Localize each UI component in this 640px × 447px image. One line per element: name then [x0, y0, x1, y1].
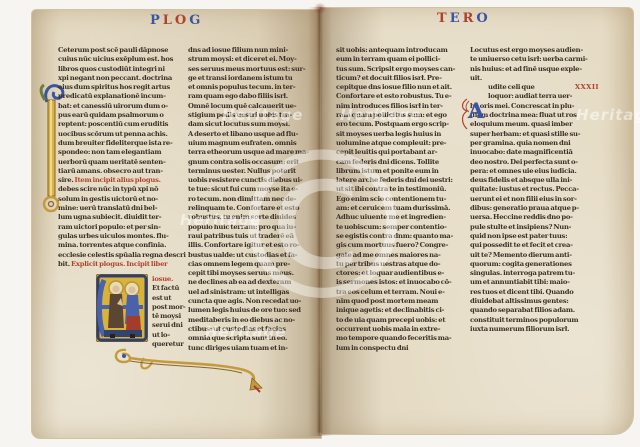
text-line: uit.: [470, 74, 600, 83]
text-column-left-1: Ceterum post scē pauli dāpnosecuius nūc …: [58, 46, 186, 269]
text-line: Ceterum post scē pauli dāpnose: [58, 46, 186, 55]
text-line: te uobiscum: semper contentio-: [336, 223, 464, 232]
running-title-right: TERO: [437, 11, 491, 26]
text-line: sit uobis: antequam introducam: [336, 46, 464, 55]
text-line: illis. Confortare igitur et esto ro-: [188, 241, 316, 250]
text-line: um et annuntiabit tibi: maio-: [470, 278, 600, 287]
text-line: mine: uerū translatū dni bel-: [58, 204, 186, 213]
text-line: uium magnum eufraten. omnis: [188, 139, 316, 148]
text-line: debes scire nūc in typū xpi nō: [58, 185, 186, 194]
text-line: mina. torrentes atque confinia.: [58, 241, 186, 250]
text-line: predicatū explanationē incum-: [58, 92, 186, 101]
text-line: uerunt ei et non filii eius in sor-: [470, 195, 600, 204]
text-line: cuncta que agis. Non recedat uo-: [188, 297, 316, 306]
text-line: cepitque dns iosue filio nun et ait.: [336, 83, 464, 92]
running-title-letter: T: [437, 11, 450, 26]
text-line: nis huius: et ad finē usque exple-: [470, 65, 600, 74]
text-line: gis cum mortuus fuero? Congre-: [336, 241, 464, 250]
text-line: dam sicut locutus sum moysi.: [188, 120, 316, 129]
text-line: stigium pedis uestri uobis tra-: [188, 111, 316, 120]
text-line: te tue: sicut fui cum moyse ita e-: [188, 185, 316, 194]
text-line: queretur: [152, 340, 188, 349]
text-column-right-2: Locutus est ergo moyses audien-te uniuer…: [470, 46, 600, 334]
text-line: lumen legis huius de ore tuo: sed: [188, 306, 316, 315]
text-column-left-1-beside-initial: iosue.Et factūest utpost mor-tē moysiser…: [152, 275, 188, 349]
text-line: am: et ceruicem tuam durissimā.: [336, 204, 464, 213]
text-line: constituit terminos populorum: [470, 316, 600, 325]
text-line: post mor-: [152, 303, 188, 312]
text-line: serui dni: [152, 321, 188, 330]
text-line: libros quos custodiūt integri ni: [58, 65, 186, 74]
text-line: librum istum et ponite eum in: [336, 167, 464, 176]
text-line: xpi negant non peccant. doctrina: [58, 74, 186, 83]
text-line: bat: et canessiū uirorum dum o-: [58, 102, 186, 111]
text-line: uerborū quam ueritatē senten-: [58, 158, 186, 167]
text-column-left-2: dns ad iosue filium nun mini-strum moysi…: [188, 46, 316, 353]
text-line: mo tempore quando feceritis ma-: [336, 334, 464, 343]
text-line: Adhuc uiuente me et ingredien-: [336, 213, 464, 222]
text-line: quando separabat filios adam.: [470, 306, 600, 315]
text-line: ba oris mei. Concrescat in plu-: [470, 102, 600, 111]
text-line: eloquium meum. quasi imber: [470, 120, 600, 129]
text-line: ctores: et loquar audientibus e-: [336, 269, 464, 278]
text-line: ne declines ab ea ad dexteram: [188, 278, 316, 287]
text-line: per gramina. quia nomen dni: [470, 139, 600, 148]
text-line: sit moyses uerba legis huius in: [336, 130, 464, 139]
text-line: omnia que scripta sunt in eo.: [188, 334, 316, 343]
text-line: uobis resistere cunctis diebus ui-: [188, 176, 316, 185]
running-title-letter: R: [463, 11, 477, 26]
text-line: ram quam ego dabo filiis isrł.: [188, 92, 316, 101]
text-column-right-1: sit uobis: antequam introducameum in ter…: [336, 46, 464, 353]
text-line: is sermones istos: et inuocabo cō-: [336, 278, 464, 287]
text-line: relinquam te. Confortare et esto: [188, 204, 316, 213]
text-line: uiam doctrina mea: fluat ut ros: [470, 111, 600, 120]
text-line: reptent: poscentiū cum eruditis: [58, 120, 186, 129]
text-line: tra eos celum et terram. Noui e-: [336, 288, 464, 297]
text-line: nim quod post mortem meam: [336, 297, 464, 306]
text-line: spondeo: non tam elegantiam: [58, 148, 186, 157]
text-line: lum in conspectu dni: [336, 344, 464, 353]
text-line: nim introduces filios isrł in ter-: [336, 102, 464, 111]
text-line: ut sit ibi contra te in testimoniū.: [336, 185, 464, 194]
text-line: Locutus est ergo moyses audien-: [470, 46, 600, 55]
text-line: ro tecum. non dimittam nec de-: [188, 195, 316, 204]
text-line: pus earū quidam psalmorum o: [58, 111, 186, 120]
text-line: ecclesie celestis spūalia regna descri-: [58, 251, 186, 260]
text-line: tē moysi: [152, 312, 188, 321]
text-line: dns ad iosue filium nun mini-: [188, 46, 316, 55]
text-line: dibus: generatio praua atque p-: [470, 204, 600, 213]
text-line: quitate: iustus et rectus. Pecca-: [470, 185, 600, 194]
text-line: gate ad me omnes maiores na-: [336, 251, 464, 260]
text-line: loquor: audiat terra uer-: [470, 92, 600, 101]
text-line: bit. Explicit plogus. Incipit liber: [58, 260, 186, 269]
text-line: uit te? Memento dierum anti-: [470, 251, 600, 260]
text-line: to de uia quam precepi uobis: et: [336, 316, 464, 325]
text-line: iosue.: [152, 275, 188, 284]
text-line: super herbam: et quasi stille su-: [470, 130, 600, 139]
text-line: inuocabo: date magnificentiā: [470, 148, 600, 157]
text-line: iuxta numerum filiorum isrł.: [470, 325, 600, 334]
text-line: te uniuerso cetu isrł: uerba carmi-: [470, 55, 600, 64]
text-line: res tuos et dicent tibi. Quando: [470, 288, 600, 297]
text-line: terminus uester. Nullus poterit: [188, 167, 316, 176]
text-line: ero tecum. Postquam ergo scrip-: [336, 120, 464, 129]
text-line: deo nostro. Dei perfecta sunt o-: [470, 158, 600, 167]
text-line: Confortare et esto robustus. Tu e-: [336, 92, 464, 101]
text-line: singulas. interroga patrem tu-: [470, 269, 600, 278]
text-line: raui patribus tuis ut traderē eā: [188, 232, 316, 241]
text-line: udite celi queXXXII: [470, 83, 600, 92]
text-line: Ego enim scio contentionem tu-: [336, 195, 464, 204]
text-line: sire. Item incipit alius plogus.: [58, 176, 186, 185]
text-line: cias omnem legem quam pre-: [188, 260, 316, 269]
text-line: pera: et omnes uie eius iudicia.: [470, 167, 600, 176]
text-line: occurrent uobis mala in extre-: [336, 325, 464, 334]
text-line: terra etheorum usque ad mare ma-: [188, 148, 316, 157]
text-line: meditaberis in eo diebus ac no-: [188, 316, 316, 325]
text-line: tunc diriges uiam tuam et in-: [188, 344, 316, 353]
text-line: uolumine atque compleuit: pre-: [336, 139, 464, 148]
text-line: Omnē locum quē calcauerit ue-: [188, 102, 316, 111]
text-line: ses seruus meus mortuus est: sur-: [188, 65, 316, 74]
text-line: uel ad sinistram: ut intelligas: [188, 288, 316, 297]
text-line: robustus. tu enim sorte diuides: [188, 213, 316, 222]
text-line: latere arche federis dni dei uestri:: [336, 176, 464, 185]
running-title-letter: G: [189, 13, 203, 28]
text-line: qui possedit te et fecit et crea-: [470, 241, 600, 250]
text-line: cuius nūc uicius exēplum est. hos: [58, 55, 186, 64]
text-line: et omnis populus tecum. in ter-: [188, 83, 316, 92]
running-title-letter: L: [163, 13, 175, 28]
illuminated-initial-A: A: [468, 100, 485, 122]
text-line: diuidebat altissimus gentes:: [470, 297, 600, 306]
text-line: bustus ualde: ut custodias et fa-: [188, 251, 316, 260]
text-line: deus fidelis et absque ulla ini-: [470, 176, 600, 185]
text-line: populo huic terram: pro qua iu-: [188, 223, 316, 232]
text-line: cam federis dni dicens. Tollite: [336, 158, 464, 167]
text-line: eum in terram quam ei pollici-: [336, 55, 464, 64]
text-line: eius dum spiritus hos regit artus: [58, 83, 186, 92]
text-line: solum in gestis uictorū et no-: [58, 195, 186, 204]
text-line: cepit leuitis qui portabant ar-: [336, 148, 464, 157]
text-line: est ut: [152, 294, 188, 303]
text-line: pule stulte et insipiens? Nun-: [470, 223, 600, 232]
ink-stain: [313, 3, 327, 14]
text-line: uersa. Heccine reddis dno po-: [470, 213, 600, 222]
text-line: inique agetis: et declinabitis ci-: [336, 306, 464, 315]
text-line: cepit tibi moyses seruus meus.: [188, 269, 316, 278]
text-line: ge et transi iordanem istum tu: [188, 74, 316, 83]
text-line: A deserto et libano usque ad flu-: [188, 130, 316, 139]
text-line: tiarū amans. obsecro aut tran-: [58, 167, 186, 176]
text-line: se egistis contra dnm: quanto ma-: [336, 232, 464, 241]
text-line: uocibus scōrum ut penna achis.: [58, 130, 186, 139]
text-line: gulas urbes uiculos montes. flu-: [58, 232, 186, 241]
text-line: quid non ipse est pater tuus:: [470, 232, 600, 241]
text-line: ticum? et docuit filios isrł. Pre-: [336, 74, 464, 83]
manuscript-photo: PLOG TERO: [0, 0, 640, 447]
text-line: tu per tribus uestras atque do-: [336, 260, 464, 269]
text-line: tus sum. Scripsit ergo moyses can-: [336, 65, 464, 74]
text-line: gnum contra solis occasum: erit: [188, 158, 316, 167]
historiated-initial-miniature: [96, 274, 148, 342]
text-line: dum breuiter fideliterque ista re-: [58, 139, 186, 148]
text-line: ram uictori populo: et per sin-: [58, 223, 186, 232]
text-line: Et factū: [152, 284, 188, 293]
text-line: strum moysi: et diceret ei. Moy-: [188, 55, 316, 64]
text-line: quorum: cogita generationes: [470, 260, 600, 269]
text-line: ut lo-: [152, 331, 188, 340]
text-line: lum ugna subiecit. diuidit ter-: [58, 213, 186, 222]
text-line: ram quam pollicitus sum: et ego: [336, 111, 464, 120]
running-title-left: PLOG: [150, 13, 203, 28]
text-line: ctibus: ut custodias et facias: [188, 325, 316, 334]
running-title-letter: E: [450, 11, 463, 26]
running-title-letter: O: [476, 11, 490, 26]
running-title-letter: P: [150, 13, 163, 28]
running-title-letter: O: [175, 13, 189, 28]
